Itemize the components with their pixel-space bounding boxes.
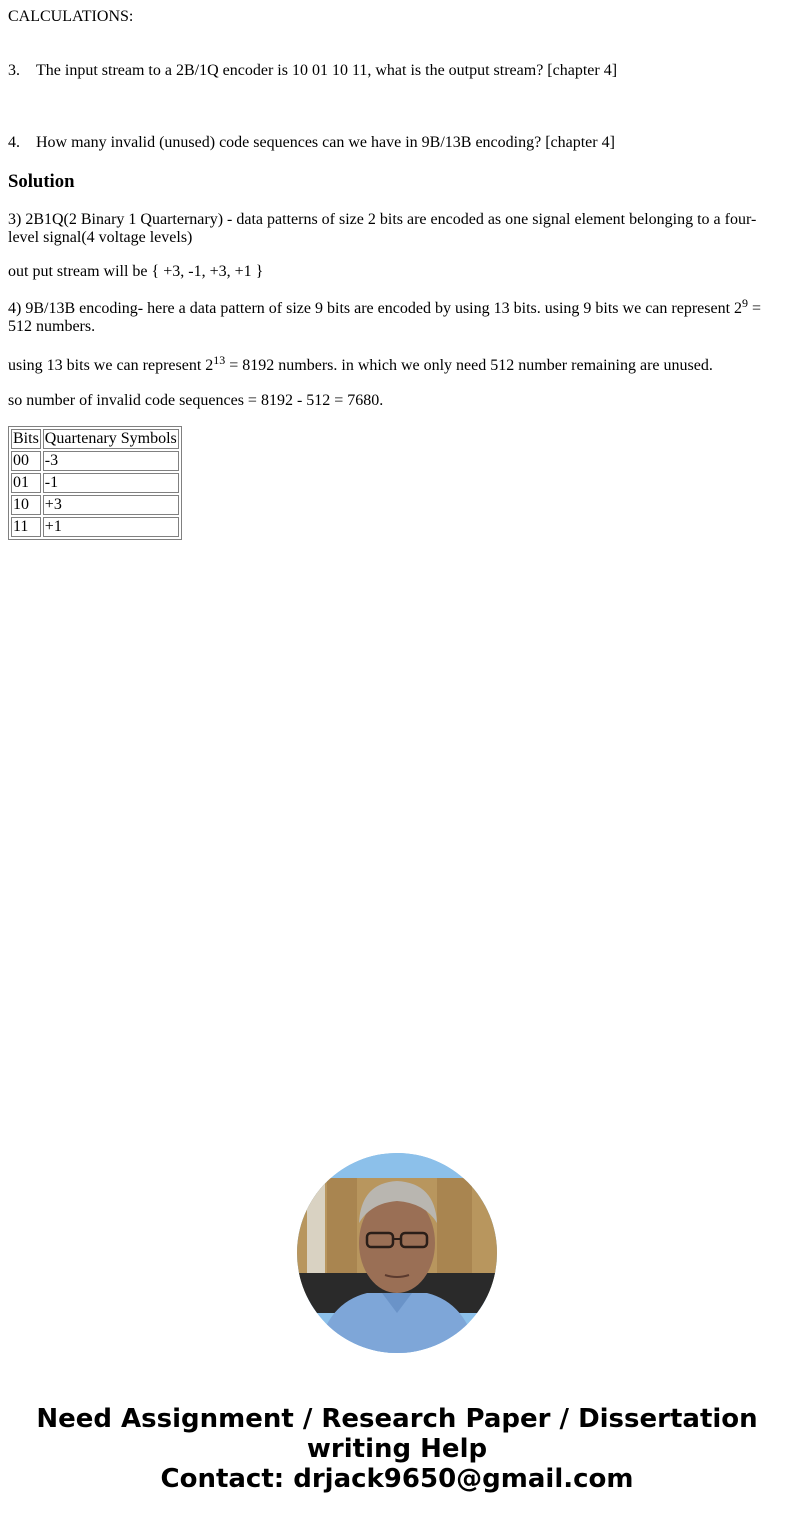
header-cell: Quartenary Symbols: [43, 429, 179, 449]
table-header-row: Bits Quartenary Symbols: [11, 429, 179, 449]
solution-paragraph-output-stream: out put stream will be { +3, -1, +3, +1 …: [8, 263, 778, 281]
calculations-title: CALCULATIONS:: [8, 8, 133, 26]
table-cell: 00: [11, 451, 41, 471]
text: = 8192 numbers. in which we only need 51…: [225, 357, 713, 374]
question-number: 4.: [8, 134, 36, 152]
table-cell: -3: [43, 451, 179, 471]
solution-paragraph-invalid-count: so number of invalid code sequences = 81…: [8, 392, 778, 410]
text: 4) 9B/13B encoding- here a data pattern …: [8, 300, 742, 317]
question-number: 3.: [8, 62, 36, 80]
solution-paragraph-13bits: using 13 bits we can represent 213 = 819…: [8, 357, 778, 375]
table-row: 01 -1: [11, 473, 179, 493]
quartenary-symbols-table: Bits Quartenary Symbols 00 -3 01 -1 10 +…: [8, 426, 182, 540]
contact-footer: Need Assignment / Research Paper / Disse…: [0, 1404, 794, 1494]
solution-paragraph-2b1q: 3) 2B1Q(2 Binary 1 Quarternary) - data p…: [8, 211, 778, 247]
author-avatar: [297, 1153, 497, 1353]
question-text: How many invalid (unused) code sequences…: [36, 134, 615, 151]
table-cell: +3: [43, 495, 179, 515]
table-cell: 11: [11, 517, 41, 537]
person-portrait-icon: [297, 1153, 497, 1353]
solution-paragraph-9b13b: 4) 9B/13B encoding- here a data pattern …: [8, 300, 778, 336]
table-cell: -1: [43, 473, 179, 493]
solution-heading: Solution: [8, 171, 74, 193]
question-text: The input stream to a 2B/1Q encoder is 1…: [36, 62, 617, 79]
contact-email: Contact: drjack9650@gmail.com: [0, 1464, 794, 1494]
footer-line: writing Help: [0, 1434, 794, 1464]
exponent: 13: [213, 353, 225, 367]
table-row: 00 -3: [11, 451, 179, 471]
footer-line: Need Assignment / Research Paper / Disse…: [0, 1404, 794, 1434]
question-4: 4.How many invalid (unused) code sequenc…: [8, 134, 615, 152]
table-cell: +1: [43, 517, 179, 537]
header-cell: Bits: [11, 429, 41, 449]
question-3: 3.The input stream to a 2B/1Q encoder is…: [8, 62, 617, 80]
table-cell: 10: [11, 495, 41, 515]
table-row: 10 +3: [11, 495, 179, 515]
table-cell: 01: [11, 473, 41, 493]
text: using 13 bits we can represent 2: [8, 357, 213, 374]
table-row: 11 +1: [11, 517, 179, 537]
